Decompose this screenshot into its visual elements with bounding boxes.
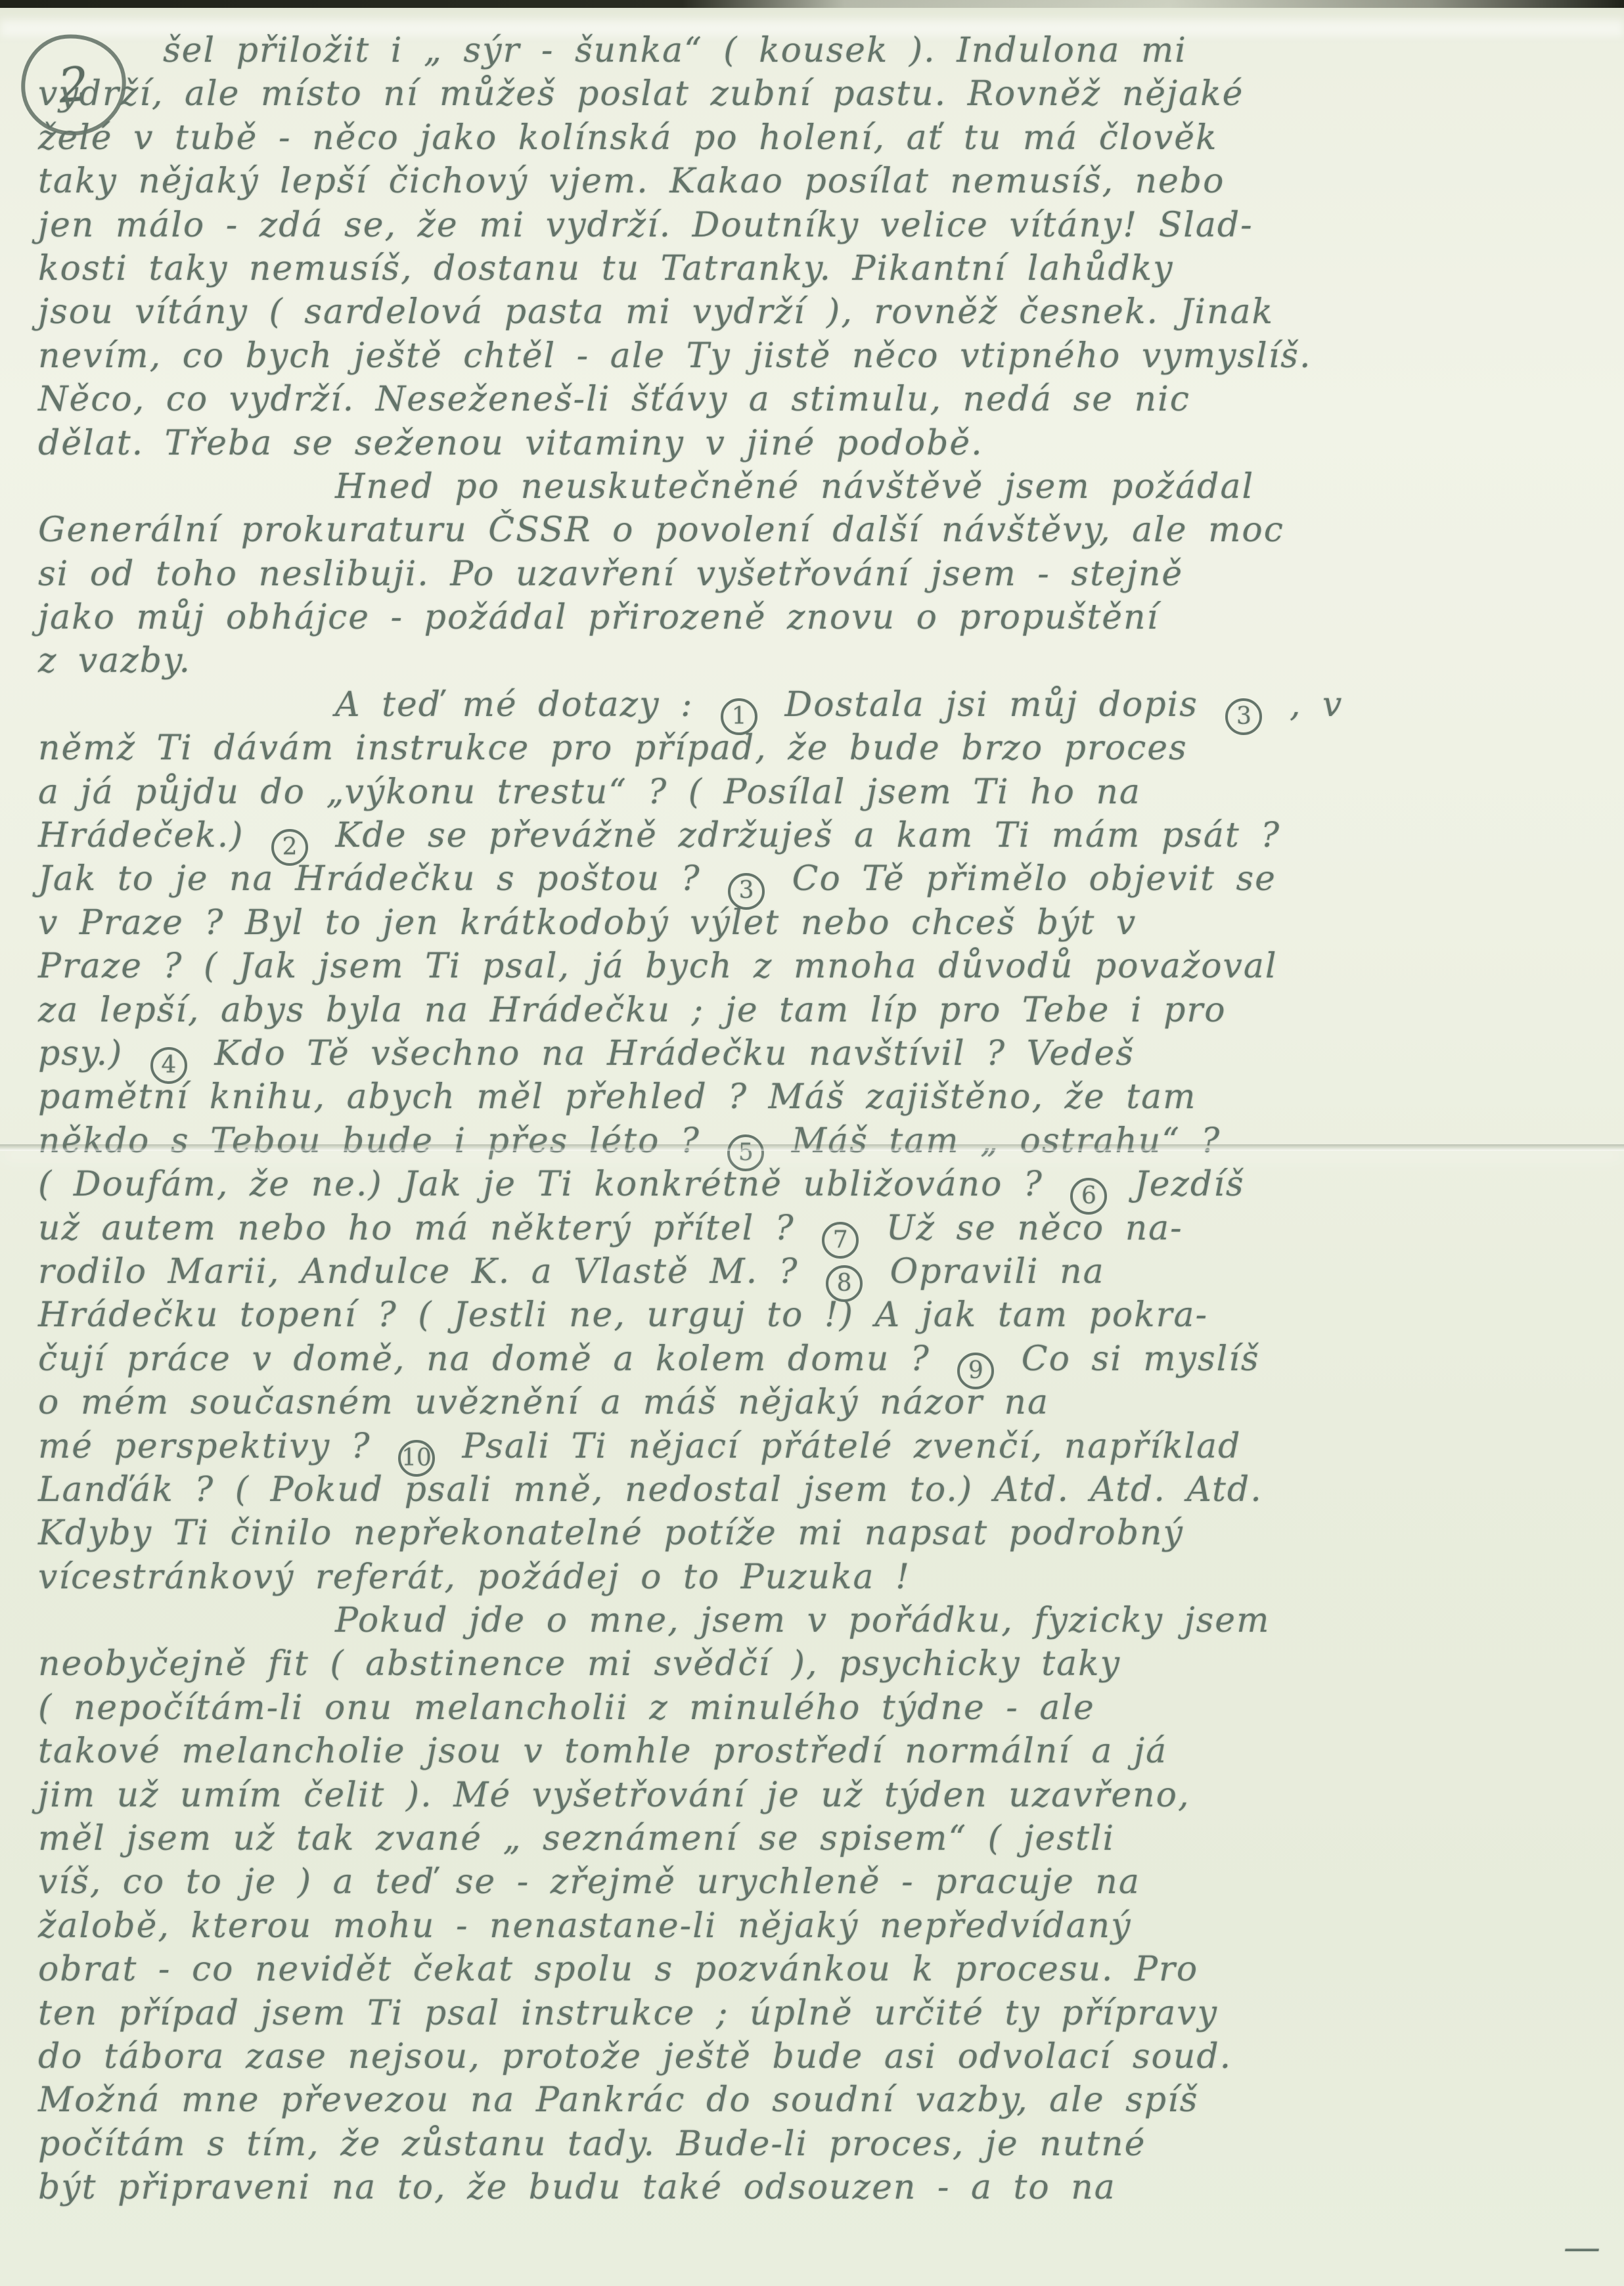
- letter-line: někdo s Tebou bude i přes léto ? 5 Máš t…: [38, 1119, 1604, 1163]
- letter-line: takové melancholie jsou v tomhle prostře…: [38, 1730, 1604, 1773]
- letter-line: Hrádečku topení ? ( Jestli ne, urguj to …: [38, 1293, 1604, 1337]
- letter-line: rodilo Marii, Andulce K. a Vlastě M. ? 8…: [38, 1250, 1604, 1293]
- letter-line: být připraveni na to, že budu také odsou…: [38, 2166, 1604, 2209]
- letter-line: jako můj obhájce - požádal přirozeně zno…: [38, 596, 1604, 639]
- letter-line: Kdyby Ti činilo nepřekonatelné potíže mi…: [38, 1512, 1604, 1555]
- letter-line: taky nějaký lepší čichový vjem. Kakao po…: [38, 160, 1604, 203]
- scan-top-edge: [0, 0, 1624, 8]
- letter-line: vydrží, ale místo ní můžeš poslat zubní …: [38, 72, 1604, 116]
- letter-line: ( nepočítám-li onu melancholii z minuléh…: [38, 1686, 1604, 1730]
- letter-line: dělat. Třeba se seženou vitaminy v jiné …: [38, 422, 1604, 465]
- letter-line: měl jsem už tak zvané „ seznámení se spi…: [38, 1817, 1604, 1860]
- letter-line: o mém současném uvěznění a máš nějaký ná…: [38, 1381, 1604, 1424]
- letter-line: neobyčejně fit ( abstinence mi svědčí ),…: [38, 1642, 1604, 1686]
- letter-body: šel přiložit i „ sýr - šunka“ ( kousek )…: [38, 29, 1604, 2210]
- letter-line: Praze ? ( Jak jsem Ti psal, já bych z mn…: [38, 945, 1604, 988]
- letter-line: němž Ti dávám instrukce pro případ, že b…: [38, 727, 1604, 770]
- letter-line: v Praze ? Byl to jen krátkodobý výlet ne…: [38, 901, 1604, 945]
- letter-line: Jak to je na Hrádečku s poštou ? 3 Co Tě…: [38, 857, 1604, 901]
- letter-line: jsou vítány ( sardelová pasta mi vydrží …: [38, 290, 1604, 334]
- letter-line: do tábora zase nejsou, protože ještě bud…: [38, 2035, 1604, 2078]
- letter-line: Generální prokuraturu ČSSR o povolení da…: [38, 508, 1604, 552]
- letter-line: počítám s tím, že zůstanu tady. Bude-li …: [38, 2122, 1604, 2166]
- letter-line: šel přiložit i „ sýr - šunka“ ( kousek )…: [38, 29, 1604, 72]
- letter-line: Hned po neuskutečněné návštěvě jsem požá…: [38, 465, 1604, 508]
- letter-line: želé v tubě - něco jako kolínská po hole…: [38, 116, 1604, 160]
- letter-line: už autem nebo ho má některý přítel ? 7 U…: [38, 1207, 1604, 1250]
- letter-line: žalobě, kterou mohu - nenastane-li nějak…: [38, 1904, 1604, 1948]
- letter-line: jim už umím čelit ). Mé vyšetřování je u…: [38, 1774, 1604, 1817]
- letter-line: si od toho neslibuji. Po uzavření vyšetř…: [38, 552, 1604, 596]
- letter-line: Pokud jde o mne, jsem v pořádku, fyzicky…: [38, 1599, 1604, 1642]
- letter-line: Lanďák ? ( Pokud psali mně, nedostal jse…: [38, 1468, 1604, 1512]
- letter-line: mé perspektivy ? 10 Psali Ti nějací přát…: [38, 1425, 1604, 1468]
- letter-line: ( Doufám, že ne.) Jak je Ti konkrétně ub…: [38, 1163, 1604, 1206]
- letter-line: A teď mé dotazy : 1 Dostala jsi můj dopi…: [38, 683, 1604, 727]
- letter-line: za lepší, abys byla na Hrádečku ; je tam…: [38, 989, 1604, 1032]
- letter-line: víš, co to je ) a teď se - zřejmě urychl…: [38, 1860, 1604, 1904]
- letter-line: jen málo - zdá se, že mi vydrží. Doutník…: [38, 204, 1604, 247]
- fold-crease: [0, 1144, 1624, 1151]
- letter-line: čují práce v domě, na domě a kolem domu …: [38, 1337, 1604, 1381]
- letter-line: vícestránkový referát, požádej o to Puzu…: [38, 1556, 1604, 1599]
- letter-line: a já půjdu do „výkonu trestu“ ? ( Posíla…: [38, 771, 1604, 814]
- letter-line: kosti taky nemusíš, dostanu tu Tatranky.…: [38, 247, 1604, 290]
- trailing-dash: —: [1564, 2226, 1600, 2269]
- letter-line: z vazby.: [38, 639, 1604, 683]
- letter-line: nevím, co bych ještě chtěl - ale Ty jist…: [38, 334, 1604, 378]
- letter-line: Hrádeček.) 2 Kde se převážně zdržuješ a …: [38, 814, 1604, 857]
- letter-line: Možná mne převezou na Pankrác do soudní …: [38, 2078, 1604, 2122]
- letter-line: ten případ jsem Ti psal instrukce ; úpln…: [38, 1992, 1604, 2035]
- letter-line: psy.) 4 Kdo Tě všechno na Hrádečku navšt…: [38, 1032, 1604, 1075]
- letter-line: Něco, co vydrží. Neseženeš-li šťávy a st…: [38, 378, 1604, 421]
- letter-line: pamětní knihu, abych měl přehled ? Máš z…: [38, 1075, 1604, 1119]
- letter-line: obrat - co nevidět čekat spolu s pozvánk…: [38, 1948, 1604, 1991]
